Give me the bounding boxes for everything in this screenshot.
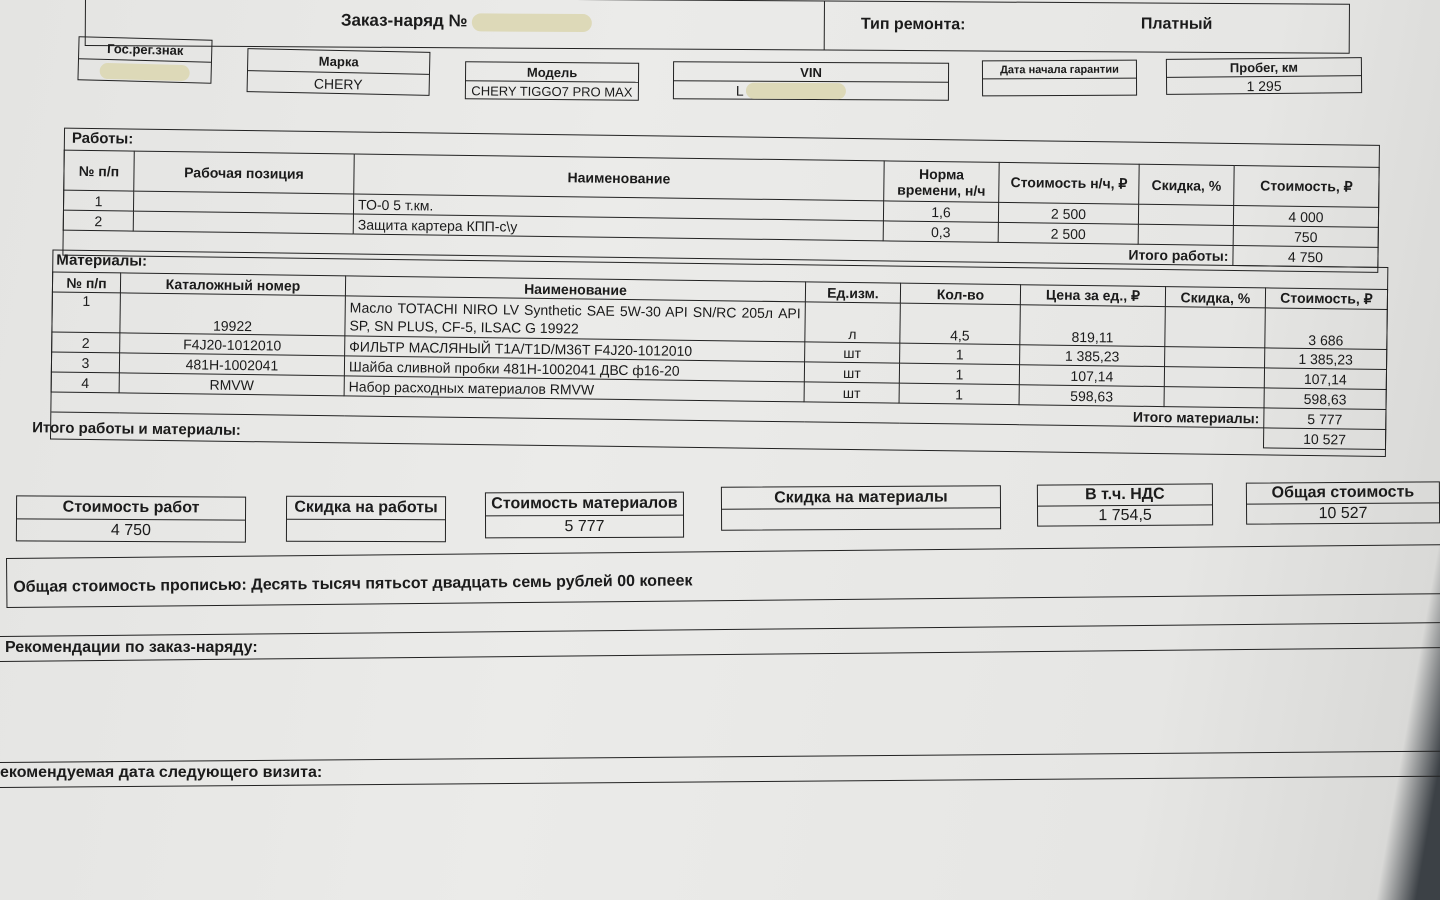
recommendations-top-line — [0, 622, 1440, 637]
vat-value: 1 754,5 — [1038, 505, 1212, 526]
works-title: Работы: — [72, 130, 134, 148]
materials-discount-value — [722, 508, 1000, 530]
works-col-cost: Стоимость, ₽ — [1234, 165, 1380, 207]
materials-col-cost: Стоимость, ₽ — [1265, 288, 1387, 310]
total-cost-label: Общая стоимость — [1247, 482, 1439, 504]
grand-total-label: Итого работы и материалы: — [32, 419, 241, 439]
vat-label: В т.ч. НДС — [1038, 484, 1212, 506]
works-col-num: № п/п — [64, 150, 135, 191]
amount-in-words-box: Общая стоимость прописью: Десять тысяч п… — [6, 544, 1440, 608]
recommendations-area — [0, 662, 1440, 757]
works-discount-value — [287, 520, 445, 543]
materials-col-qty: Кол-во — [900, 283, 1020, 305]
total-cost-box: Общая стоимость 10 527 — [1246, 481, 1440, 524]
works-col-position: Рабочая позиция — [134, 151, 355, 194]
recommendations-label: Рекомендации по заказ-наряду: — [5, 639, 258, 657]
materials-discount-box: Скидка на материалы — [721, 485, 1001, 530]
materials-cost-box: Стоимость материалов 5 777 — [485, 492, 684, 539]
works-col-name: Наименование — [354, 154, 884, 201]
works-total-value: 4 750 — [1233, 245, 1378, 267]
materials-table: № п/п Каталожный номер Наименование Ед.и… — [50, 272, 1388, 450]
grand-total-value: 10 527 — [1263, 428, 1385, 450]
materials-col-price: Цена за ед., ₽ — [1020, 285, 1165, 307]
materials-col-unit: Ед.изм. — [805, 282, 900, 303]
materials-cost-label: Стоимость материалов — [486, 493, 683, 517]
total-cost-value: 10 527 — [1247, 503, 1439, 524]
works-col-rate: Стоимость н/ч, ₽ — [999, 162, 1140, 204]
amount-in-words: Общая стоимость прописью: Десять тысяч п… — [13, 572, 692, 597]
works-col-norm: Норма времени, н/ч — [884, 161, 1000, 203]
materials-discount-label: Скидка на материалы — [722, 486, 1000, 509]
materials-title: Материалы: — [56, 252, 147, 270]
next-visit-label: екомендуемая дата следующего визита: — [0, 764, 322, 782]
works-discount-box: Скидка на работы — [286, 496, 446, 543]
works-col-discount: Скидка, % — [1139, 164, 1235, 205]
materials-col-num: № п/п — [52, 272, 120, 293]
vat-box: В т.ч. НДС 1 754,5 — [1037, 483, 1213, 526]
materials-total-value: 5 777 — [1264, 408, 1386, 430]
works-discount-label: Скидка на работы — [287, 497, 445, 521]
tables-block: Работы: № п/п Рабочая позиция Наименован… — [0, 0, 1440, 480]
work-order-document: Заказ-наряд № Тип ремонта: Платный Гос.р… — [0, 0, 1440, 900]
works-cost-box: Стоимость работ 4 750 — [16, 495, 246, 542]
materials-col-discount: Скидка, % — [1165, 287, 1265, 308]
works-cost-value: 4 750 — [17, 519, 245, 542]
works-cost-label: Стоимость работ — [17, 496, 245, 520]
materials-cost-value: 5 777 — [486, 516, 683, 539]
works-table: № п/п Рабочая позиция Наименование Норма… — [62, 150, 1379, 268]
